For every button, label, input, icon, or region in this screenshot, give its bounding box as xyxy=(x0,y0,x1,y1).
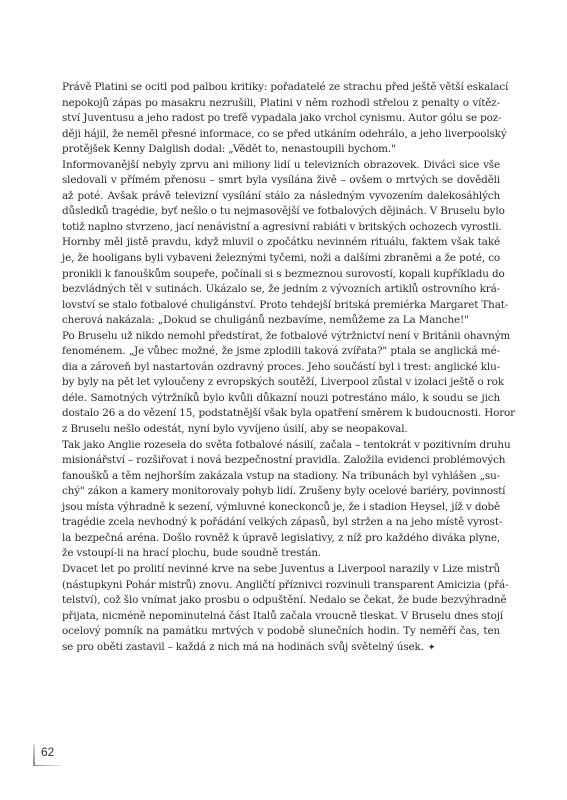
paragraph-platini: Právě Platini se ocitl pod palbou kritik… xyxy=(62,80,500,158)
page-number-marker: 62 xyxy=(33,744,63,766)
text-line: sledovali v přímém přenosu – smrt byla v… xyxy=(62,173,500,189)
paragraph-after-brussels: Po Bruselu už nikdo nemohl předstírat, ž… xyxy=(62,329,500,438)
text-line: lovství se stalo fotbalové chuligánství.… xyxy=(62,298,500,314)
text-line: je, že hooligans byli vybaveni železnými… xyxy=(62,251,500,267)
text-line: telství), což šlo vnímat jako prosbu o o… xyxy=(62,593,500,609)
text-line: Dvacet let po prolití nevinné krve na se… xyxy=(62,562,500,578)
book-page: Právě Platini se ocitl pod palbou kritik… xyxy=(0,0,567,800)
text-line: tragédie zcela nevhodný k pořádání velký… xyxy=(62,515,500,531)
body-text: Právě Platini se ocitl pod palbou kritik… xyxy=(62,80,500,655)
four-point-star-icon: ✦ xyxy=(428,641,435,657)
text-line: totiž naplno stvrzeno, jací nenávistní a… xyxy=(62,220,500,236)
text-line-final: se pro oběti zastavil – každá z nich má … xyxy=(62,640,500,656)
text-line: ství Juventusu a jeho radost po trefě vy… xyxy=(62,111,500,127)
text-line: (nástupkyni Pohár mistrů) znovu. Angličt… xyxy=(62,578,500,594)
text-line: z Bruselu nešlo odestát, nyní bylo vyvíj… xyxy=(62,422,500,438)
page-number: 62 xyxy=(41,745,54,759)
text-line: ději hájil, že neměl přesné informace, c… xyxy=(62,127,500,143)
text-line: přijata, nicméně nepominutelná část Ital… xyxy=(62,609,500,625)
paragraph-safety-rules: Tak jako Anglie rozesela do světa fotbal… xyxy=(62,438,500,562)
text-line: nepokojů zápas po masakru nezrušili, Pla… xyxy=(62,96,500,112)
final-line-text: se pro oběti zastavil – každá z nich má … xyxy=(62,641,424,653)
text-line: by byly na pět let vyloučeny z evropskýc… xyxy=(62,375,500,391)
text-line: la bezpečná aréna. Došlo rovněž k úpravě… xyxy=(62,531,500,547)
bracket-line-horizontal xyxy=(33,765,61,767)
text-line: fanoušků a těm nejhorším zakázala vstup … xyxy=(62,469,500,485)
text-line: dostalo 26 a do vězení 15, podstatnější … xyxy=(62,406,500,422)
paragraph-television: Informovanější nebyly zprvu ani miliony … xyxy=(62,158,500,329)
text-line: bezvládných těl v sutinách. Ukázalo se, … xyxy=(62,282,500,298)
text-line: Právě Platini se ocitl pod palbou kritik… xyxy=(62,80,500,96)
text-line: misionářství – rozšiřovat i nová bezpečn… xyxy=(62,453,500,469)
paragraph-twenty-years: Dvacet let po prolití nevinné krve na se… xyxy=(62,562,500,655)
text-line: důsledků tragédie, byť nešlo o tu nejmas… xyxy=(62,204,500,220)
text-line: jsou místa výhradně k sezení, výmluvné k… xyxy=(62,500,500,516)
text-line: fenoménem. „Je vůbec možné, že jsme zplo… xyxy=(62,344,500,360)
text-line: cherová nakázala: „Dokud se chuligánů ne… xyxy=(62,313,500,329)
text-line: Informovanější nebyly zprvu ani miliony … xyxy=(62,158,500,174)
text-line: Tak jako Anglie rozesela do světa fotbal… xyxy=(62,438,500,454)
text-line: dia a zároveň byl nastartován ozdravný p… xyxy=(62,360,500,376)
text-line: protějšek Kenny Dalglish dodal: „Vědět t… xyxy=(62,142,500,158)
text-line: Hornby měl jistě pravdu, když mluvil o z… xyxy=(62,235,500,251)
bracket-line-vertical xyxy=(33,744,35,766)
text-line: pronikli k fanouškům soupeře, počínali s… xyxy=(62,267,500,283)
text-line: chý" zákon a kamery monitorovaly pohyb l… xyxy=(62,484,500,500)
text-line: déle. Samotných výtržníků bylo kvůli důk… xyxy=(62,391,500,407)
text-line: až poté. Avšak právě televizní vysílání … xyxy=(62,189,500,205)
text-line: ocelový pomník na památku mrtvých v podo… xyxy=(62,624,500,640)
text-line: Po Bruselu už nikdo nemohl předstírat, ž… xyxy=(62,329,500,345)
text-line: že vstoupí-li na hrací plochu, bude soud… xyxy=(62,546,500,562)
